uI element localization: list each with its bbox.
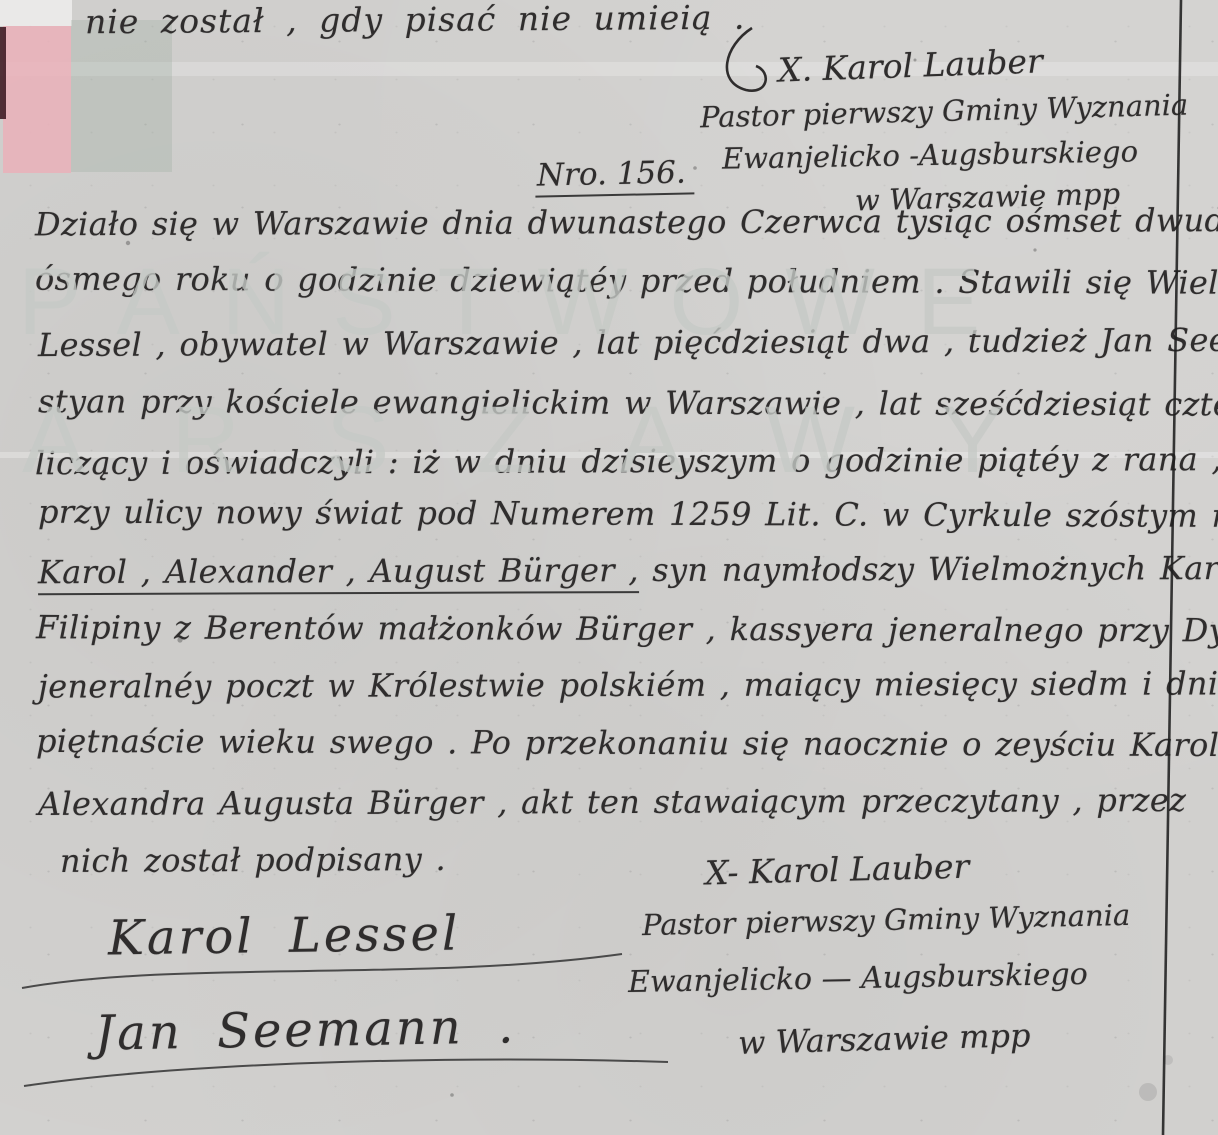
document-scan: nie został , gdy pisać nie umieią . Nro.…: [0, 0, 1218, 1135]
color-calibration-pink-patch: [3, 26, 71, 173]
previous-act-closing-line: nie został , gdy pisać nie umieią .: [85, 0, 746, 41]
pastor-title-line-2-top: Ewanjelicko -Augsburskiego: [722, 134, 1139, 175]
body-line: nich został podpisany .: [60, 840, 446, 880]
body-line: Karol , Alexander , August Bürger , syn …: [38, 549, 1218, 591]
body-line-continuation: syn naymłodszy Wielmożnych Karola i: [639, 549, 1218, 589]
pastor-signature-name-top: X. Karol Lauber: [777, 41, 1043, 89]
body-line: przy ulicy nowy świat pod Numerem 1259 L…: [38, 493, 1218, 536]
witness-signature-karol-lessel: Karol Lessel: [108, 906, 461, 967]
film-edge-mark: [0, 27, 6, 119]
record-number: Nro. 156.: [535, 154, 695, 197]
body-line: ósmego roku o godzinie dziewiątéy przed …: [35, 260, 1218, 303]
pastor-place-line-bottom: w Warszawie mpp: [738, 1016, 1031, 1062]
pastor-title-line-2-bottom: Ewanjelicko — Augsburskiego: [628, 957, 1088, 1000]
witness-signature-jan-seemann: Jan Seemann .: [95, 998, 517, 1061]
body-line: Filipiny z Berentów małżonków Bürger , k…: [36, 608, 1218, 649]
body-line: Alexandra Augusta Bürger , akt ten stawa…: [38, 781, 1186, 823]
signature-flourish-seemann: [24, 1060, 668, 1086]
scan-smudge: [1163, 1055, 1173, 1065]
body-line: piętnaście wieku swego . Po przekonaniu …: [36, 722, 1218, 764]
pastor-title-line-1-bottom: Pastor pierwszy Gminy Wyznania: [642, 898, 1131, 942]
scan-smudge: [1139, 1083, 1157, 1101]
body-line: Działo się w Warszawie dnia dwunastego C…: [35, 201, 1218, 244]
body-line: liczący i oświadczyli : iż w dniu dzisie…: [35, 440, 1218, 483]
body-line: Lessel , obywatel w Warszawie , lat pięć…: [38, 320, 1218, 364]
color-calibration-gray-patch: [71, 20, 172, 172]
pastor-title-line-1-top: Pastor pierwszy Gminy Wyznania: [700, 88, 1189, 135]
body-line: styan przy kościele ewangielickim w Wars…: [38, 382, 1218, 423]
pastor-signature-name-bottom: X- Karol Lauber: [705, 847, 970, 893]
deceased-name-underlined: Karol , Alexander , August Bürger ,: [38, 551, 639, 595]
pen-flourish-icon: [727, 28, 766, 91]
scan-corner-highlight: [0, 0, 72, 26]
body-line: jeneralnéy poczt w Królestwie polskiém ,…: [38, 664, 1218, 705]
